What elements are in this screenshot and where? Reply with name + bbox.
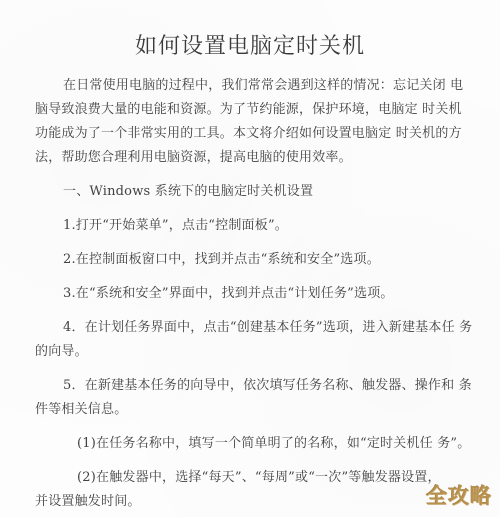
step-5: 5．在新建基本任务的向导中，依次填写任务名称、触发器、操作和 条 件等相关信息。	[35, 374, 465, 422]
step-line: 5．在新建基本任务的向导中，依次填写任务名称、触发器、操作和 条	[35, 374, 465, 398]
document-page: 如何设置电脑定时关机 在日常使用电脑的过程中，我们常常会遇到这样的情况：忘记关闭…	[0, 0, 500, 517]
step-3: 3.在“系统和安全”界面中，找到并点击“计划任务”选项。	[35, 282, 465, 306]
watermark: 全攻略	[426, 480, 492, 510]
section-heading: 一、Windows 系统下的电脑定时关机设置	[35, 180, 465, 204]
substep-line: 并设置触发时间。	[35, 490, 465, 514]
substep-line: (2)在触发器中，选择“每天”、“每周”或“一次”等触发器设置，	[35, 466, 465, 490]
intro-paragraph: 在日常使用电脑的过程中，我们常常会遇到这样的情况：忘记关闭 电 脑导致浪费大量的…	[35, 74, 465, 170]
intro-line: 功能成为了一个非常实用的工具。本文将介绍如何设置电脑定 时关机的方	[35, 122, 465, 146]
page-title: 如何设置电脑定时关机	[35, 0, 465, 62]
intro-line: 法，帮助您合理利用电脑资源，提高电脑的使用效率。	[35, 146, 465, 170]
step-line: 3.在“系统和安全”界面中，找到并点击“计划任务”选项。	[35, 282, 465, 306]
step-line: 4．在计划任务界面中，点击“创建基本任务”选项，进入新建基本任 务	[35, 316, 465, 340]
substep-2: (2)在触发器中，选择“每天”、“每周”或“一次”等触发器设置， 并设置触发时间…	[35, 466, 465, 514]
step-line: 1.打开“开始菜单”，点击“控制面板”。	[35, 214, 465, 238]
intro-line: 脑导致浪费大量的电能和资源。为了节约能源，保护环境，电脑定 时关机	[35, 98, 465, 122]
step-line: 件等相关信息。	[35, 398, 465, 422]
substep-line: (1)在任务名称中，填写一个简单明了的名称，如“定时关机任 务”。	[35, 432, 465, 456]
step-4: 4．在计划任务界面中，点击“创建基本任务”选项，进入新建基本任 务 的向导。	[35, 316, 465, 364]
step-line: 2.在控制面板窗口中，找到并点击“系统和安全”选项。	[35, 248, 465, 272]
step-1: 1.打开“开始菜单”，点击“控制面板”。	[35, 214, 465, 238]
step-line: 的向导。	[35, 340, 465, 364]
step-2: 2.在控制面板窗口中，找到并点击“系统和安全”选项。	[35, 248, 465, 272]
substep-1: (1)在任务名称中，填写一个简单明了的名称，如“定时关机任 务”。	[35, 432, 465, 456]
intro-line: 在日常使用电脑的过程中，我们常常会遇到这样的情况：忘记关闭 电	[35, 74, 465, 98]
